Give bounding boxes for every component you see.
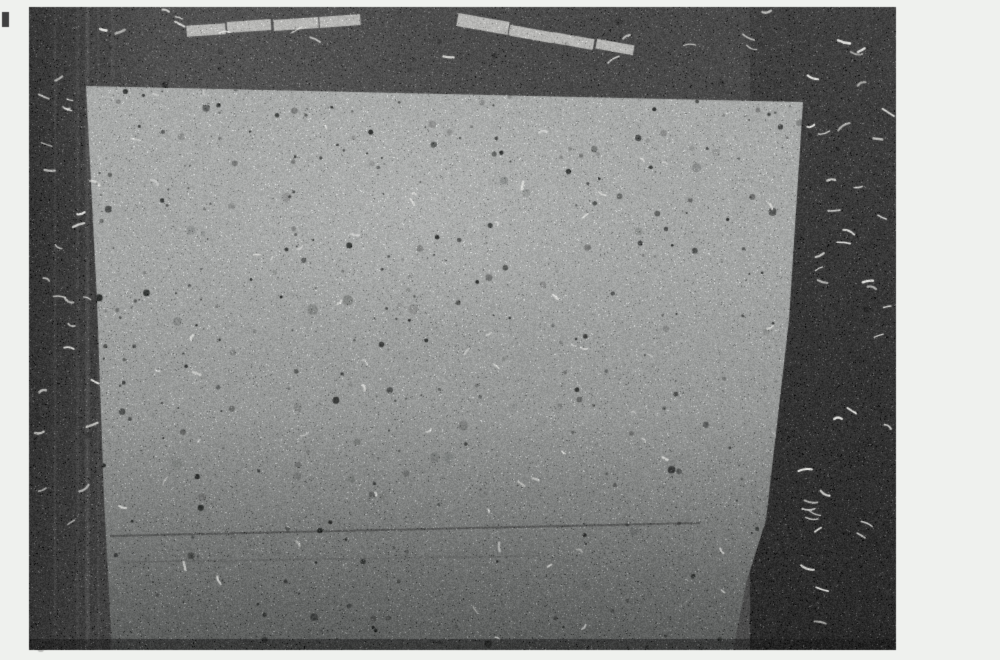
patent-photograph-canvas [0,0,1000,660]
scanned-document-page [0,0,1000,660]
